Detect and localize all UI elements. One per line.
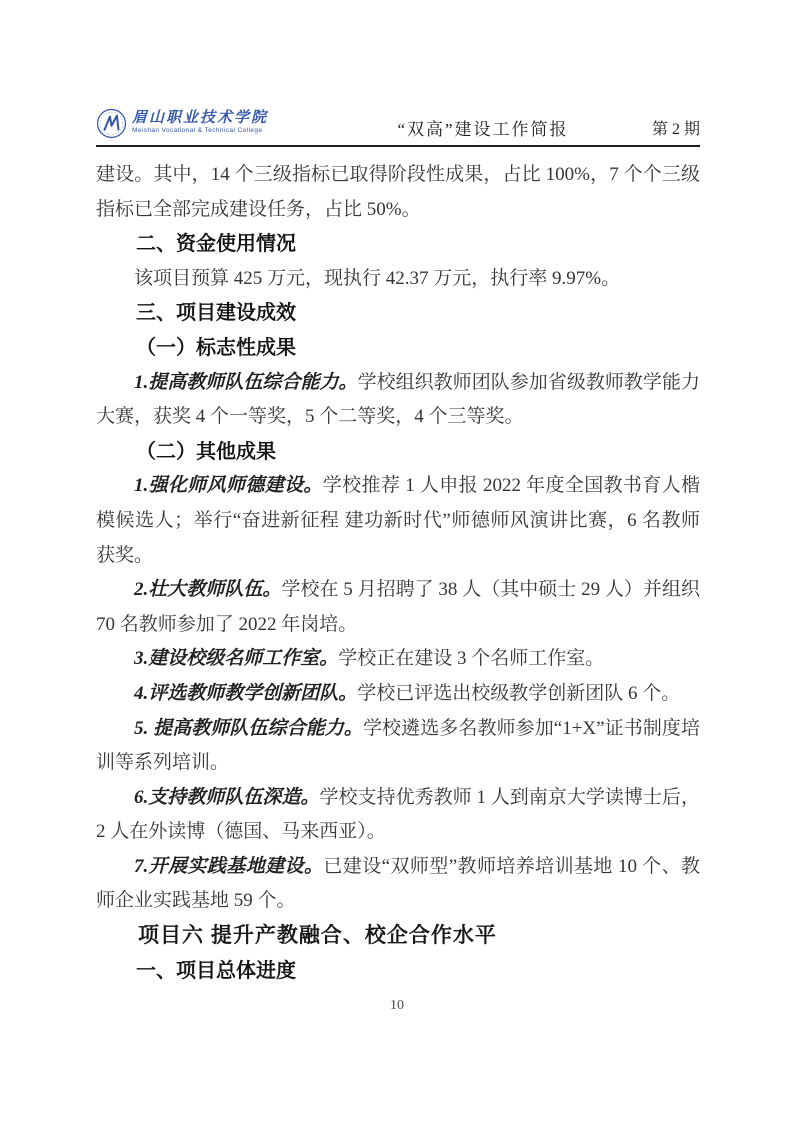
college-name-cn: 眉山职业技术学院 [132,111,268,126]
numbered-item-2: 2.壮大教师队伍。学校在 5 月招聘了 38 人（其中硕士 29 人）并组织 7… [96,573,700,642]
document-page: 眉山职业技术学院 Meishan Vocational & Technical … [0,0,794,1123]
paragraph-continuation: 建设。其中，14 个三级指标已取得阶段性成果，占比 100%，7 个个三级指标已… [96,158,700,227]
numbered-item-5: 5. 提高教师队伍综合能力。学校遴选多名教师参加“1+X”证书制度培训等系列培训… [96,712,700,781]
numbered-item-3: 3.建设校级名师工作室。学校正在建设 3 个名师工作室。 [96,642,700,677]
paragraph-budget: 该项目预算 425 万元，现执行 42.37 万元，执行率 9.97%。 [96,262,700,297]
section-heading-progress: 一、项目总体进度 [96,954,700,989]
numbered-item-4: 4.评选教师教学创新团队。学校已评选出校级教学创新团队 6 个。 [96,677,700,712]
section-heading-funds: 二、资金使用情况 [96,227,700,262]
college-name-block: 眉山职业技术学院 Meishan Vocational & Technical … [132,111,268,135]
item-lead: 1.提高教师队伍综合能力。 [134,372,358,393]
document-body: 建设。其中，14 个三级指标已取得阶段性成果，占比 100%，7 个个三级指标已… [96,158,700,988]
subsection-heading-landmark: （一）标志性成果 [96,331,700,366]
item-lead: 5. 提高教师队伍综合能力。 [134,718,363,739]
issue-number: 第 2 期 [652,108,700,139]
item-lead: 4.评选教师教学创新团队。 [134,683,357,704]
bulletin-title: “双高”建设工作简报 [314,107,652,140]
college-name-en: Meishan Vocational & Technical College [132,128,268,135]
item-lead: 7.开展实践基地建设。 [134,856,323,877]
numbered-item-7: 7.开展实践基地建设。已建设“双师型”教师培养培训基地 10 个、教师企业实践基… [96,850,700,919]
document-header: 眉山职业技术学院 Meishan Vocational & Technical … [96,104,700,147]
item-lead: 6.支持教师队伍深造。 [134,787,320,808]
numbered-item-1a: 1.提高教师队伍综合能力。学校组织教师团队参加省级教师教学能力大赛，获奖 4 个… [96,366,700,435]
item-lead: 1.强化师风师德建设。 [134,475,323,496]
item-lead: 3.建设校级名师工作室。 [134,648,338,669]
page-footer: 10 [0,996,794,1014]
college-seal-icon [96,108,127,139]
numbered-item-1b: 1.强化师风师德建设。学校推荐 1 人申报 2022 年度全国教书育人楷模候选人… [96,469,700,573]
subsection-heading-other: （二）其他成果 [96,435,700,470]
item-lead: 2.壮大教师队伍。 [134,579,281,600]
section-heading-results: 三、项目建设成效 [96,296,700,331]
project-heading-six: 项目六 提升产教融合、校企合作水平 [96,919,700,954]
page-number: 10 [390,998,404,1013]
college-logo: 眉山职业技术学院 Meishan Vocational & Technical … [96,108,314,139]
numbered-item-6: 6.支持教师队伍深造。学校支持优秀教师 1 人到南京大学读博士后，2 人在外读博… [96,781,700,850]
